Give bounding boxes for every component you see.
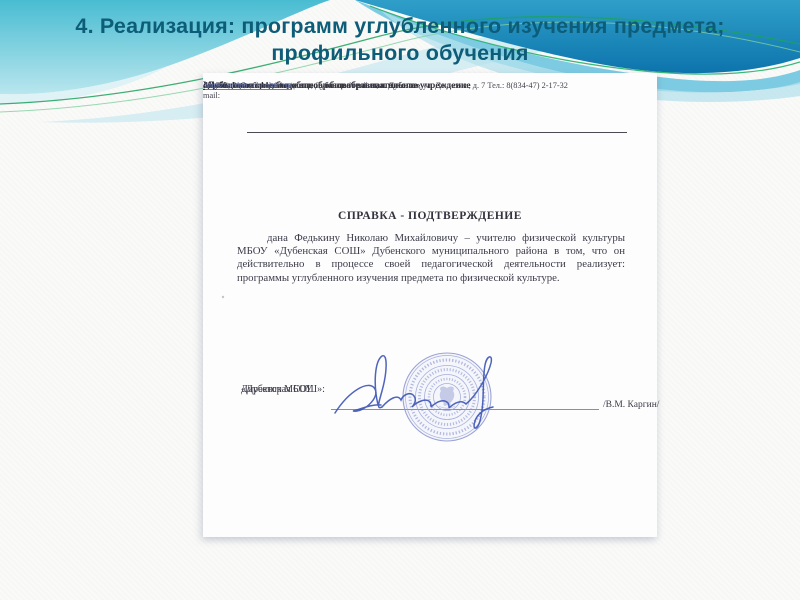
signatory-name: /В.М. Каргин/	[603, 400, 659, 410]
document-body-text: дана Федькину Николаю Михайловичу – учит…	[237, 232, 625, 285]
certificate-scan: Муниципальное бюджетное общеобразователь…	[203, 73, 657, 537]
stamp-seal	[403, 353, 491, 441]
signature-scribble	[335, 356, 493, 428]
stamp-and-signature-overlay	[203, 73, 657, 537]
slide-title-line1: 4. Реализация: программ углубленного изу…	[0, 13, 800, 40]
letterhead-divider	[247, 132, 627, 133]
presentation-slide: 4. Реализация: программ углубленного изу…	[0, 0, 800, 600]
slide-title-line2: профильного обучения	[0, 40, 800, 67]
document-heading: СПРАВКА - ПОДТВЕРЖДЕНИЕ	[203, 210, 657, 222]
scan-speck	[222, 296, 224, 298]
signature-position-line2: «Дубенская СОШ»:	[241, 383, 325, 396]
signature-line	[331, 409, 599, 410]
stamp-emblem	[440, 387, 454, 406]
website-url: https://scdub.schoolrm.ru/	[205, 81, 292, 91]
slide-title: 4. Реализация: программ углубленного изу…	[0, 13, 800, 67]
